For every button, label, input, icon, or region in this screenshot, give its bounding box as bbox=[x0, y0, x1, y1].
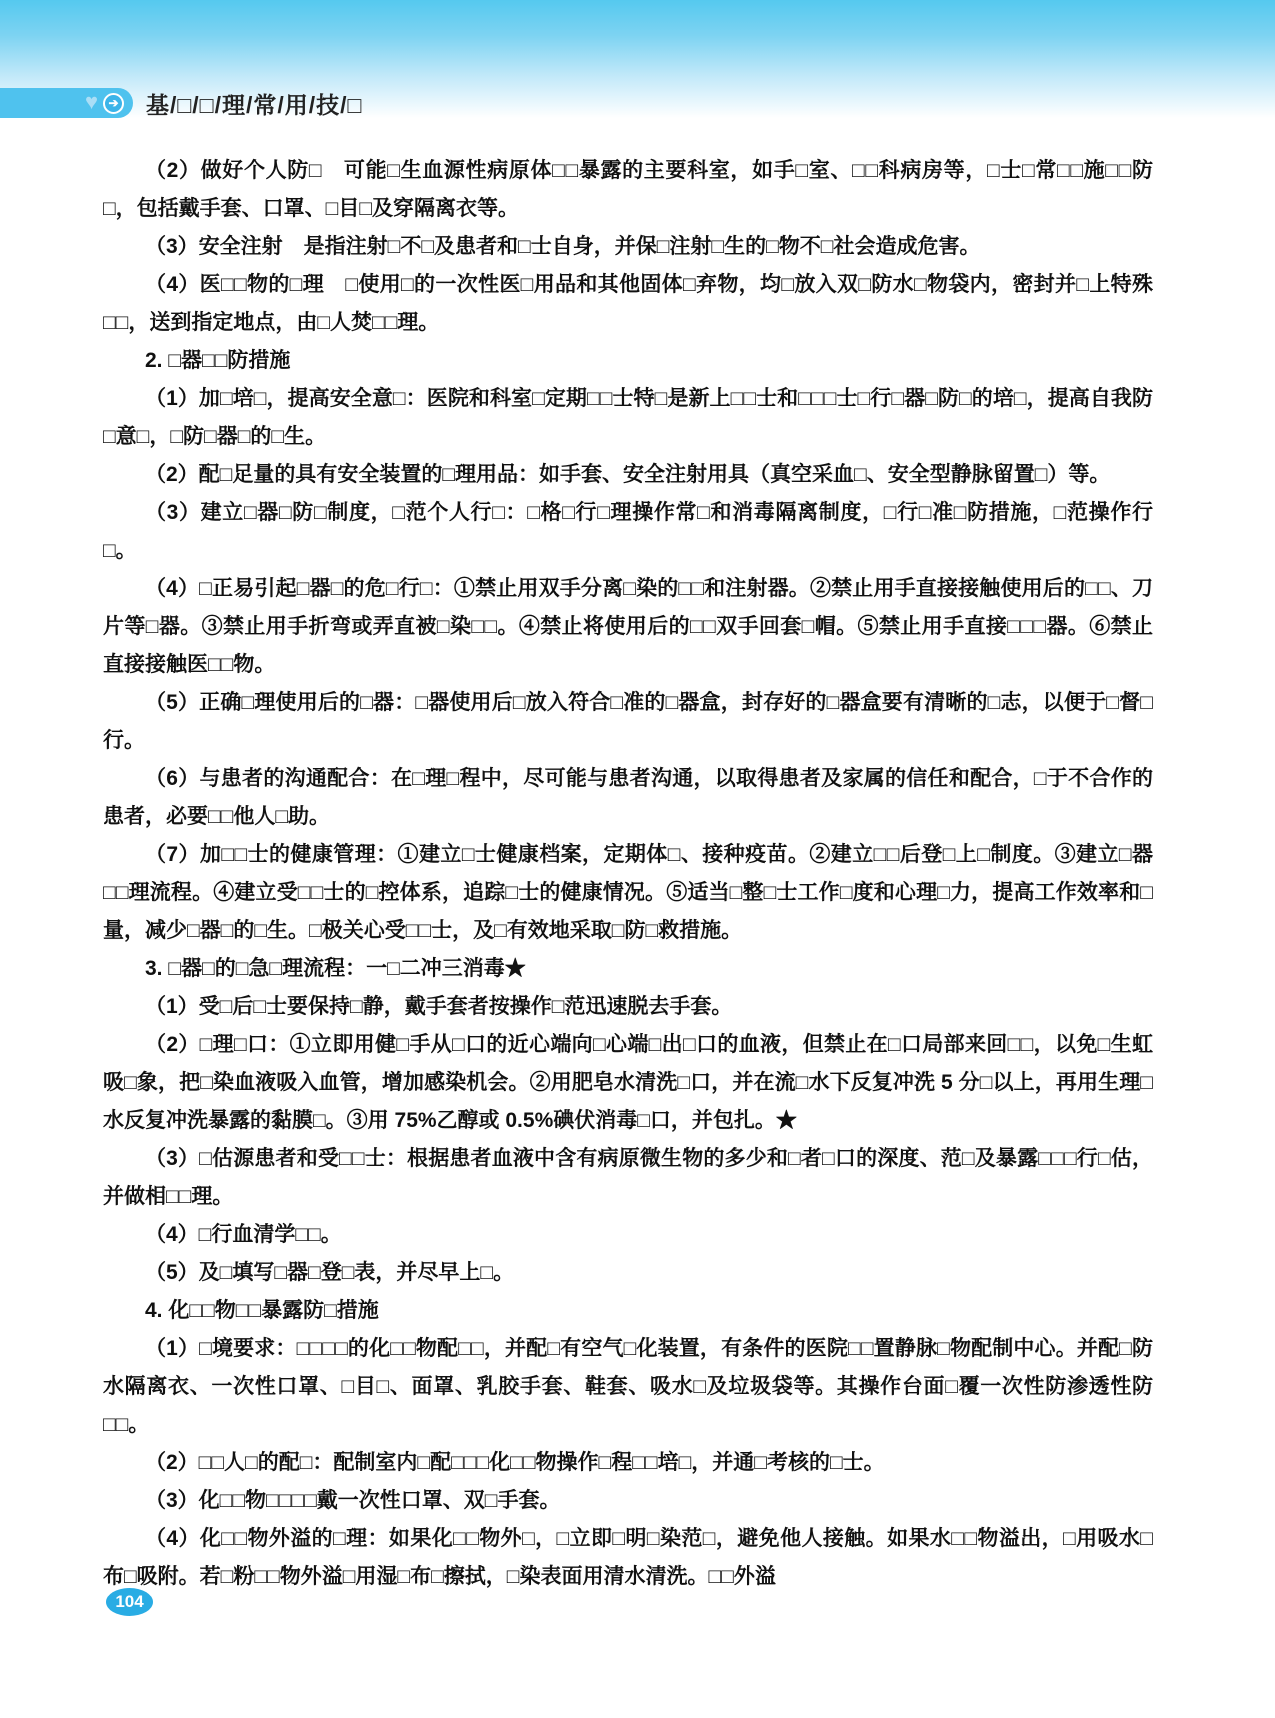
paragraph: （5）正确□理使用后的□器：□器使用后□放入符合□准的□器盒，封存好的□器盒要有… bbox=[103, 684, 1153, 760]
heart-icon: ♥ bbox=[85, 91, 98, 113]
paragraph: （1）受□后□士要保持□静，戴手套者按操作□范迅速脱去手套。 bbox=[103, 988, 1153, 1026]
paragraph: 3. □器□的□急□理流程：一□二冲三消毒★ bbox=[103, 950, 1153, 988]
page-number-badge: 104 bbox=[106, 1588, 153, 1616]
paragraph: （1）加□培□，提高安全意□：医院和科室□定期□□士特□是新上□□士和□□□士□… bbox=[103, 380, 1153, 456]
paragraph: （4）□正易引起□器□的危□行□：①禁止用双手分离□染的□□和注射器。②禁止用手… bbox=[103, 570, 1153, 684]
book-page: ♥ ➔ 基/□/□/理/常/用/技/□ （2）做好个人防□ 可能□生血源性病原体… bbox=[0, 0, 1275, 1718]
paragraph: （7）加□□士的健康管理：①建立□士健康档案，定期体□、接种疫苗。②建立□□后登… bbox=[103, 836, 1153, 950]
paragraph: （2）配□足量的具有安全装置的□理用品：如手套、安全注射用具（真空采血□、安全型… bbox=[103, 456, 1153, 494]
paragraph: （4）□行血清学□□。 bbox=[103, 1216, 1153, 1254]
paragraph: （2）做好个人防□ 可能□生血源性病原体□□暴露的主要科室，如手□室、□□科病房… bbox=[103, 152, 1153, 228]
paragraph: （6）与患者的沟通配合：在□理□程中，尽可能与患者沟通，以取得患者及家属的信任和… bbox=[103, 760, 1153, 836]
paragraph: （3）□估源患者和受□□士：根据患者血液中含有病原微生物的多少和□者□口的深度、… bbox=[103, 1140, 1153, 1216]
paragraph: （3）化□□物□□□□戴一次性口罩、双□手套。 bbox=[103, 1482, 1153, 1520]
header-bar: ♥ ➔ bbox=[0, 88, 133, 118]
paragraph: （2）□理□口：①立即用健□手从□口的近心端向□心端□出□口的血液，但禁止在□口… bbox=[103, 1026, 1153, 1140]
paragraph: 4. 化□□物□□暴露防□措施 bbox=[103, 1292, 1153, 1330]
paragraph: 2. □器□□防措施 bbox=[103, 342, 1153, 380]
paragraph: （1）□境要求：□□□□的化□□物配□□，并配□有空气□化装置，有条件的医院□□… bbox=[103, 1330, 1153, 1444]
paragraph: （4）化□□物外溢的□理：如果化□□物外□，□立即□明□染范□，避免他人接触。如… bbox=[103, 1520, 1153, 1596]
paragraph: （2）□□人□的配□：配制室内□配□□□化□□物操作□程□□培□，并通□考核的□… bbox=[103, 1444, 1153, 1482]
paragraph: （5）及□填写□器□登□表，并尽早上□。 bbox=[103, 1254, 1153, 1292]
page-body-text: （2）做好个人防□ 可能□生血源性病原体□□暴露的主要科室，如手□室、□□科病房… bbox=[103, 152, 1153, 1596]
page-number: 104 bbox=[115, 1592, 143, 1612]
paragraph: （4）医□□物的□理 □使用□的一次性医□用品和其他固体□弃物，均□放入双□防水… bbox=[103, 266, 1153, 342]
paragraph: （3）安全注射 是指注射□不□及患者和□士自身，并保□注射□生的□物不□社会造成… bbox=[103, 228, 1153, 266]
circle-right-arrow-icon: ➔ bbox=[103, 93, 124, 114]
running-head-title: 基/□/□/理/常/用/技/□ bbox=[146, 87, 362, 120]
paragraph: （3）建立□器□防□制度，□范个人行□：□格□行□理操作常□和消毒隔离制度，□行… bbox=[103, 494, 1153, 570]
